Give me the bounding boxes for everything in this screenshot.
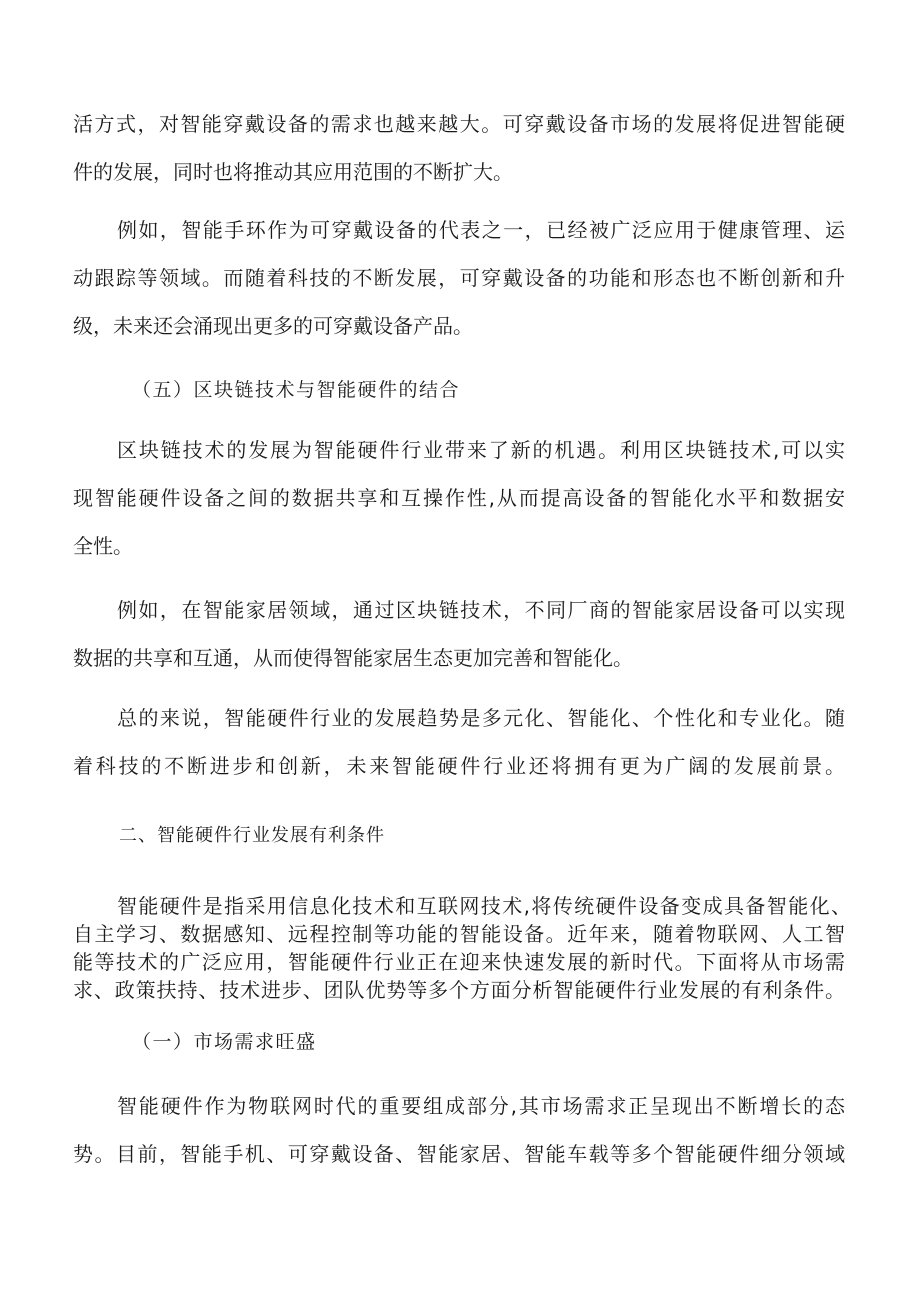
- paragraph-line: 着科技的不断进步和创新，未来智能硬件行业还将拥有更为广阔的发展前景。: [73, 754, 845, 778]
- paragraph-line: 势。目前，智能手机、可穿戴设备、智能家居、智能车载等多个智能硬件细分领域: [73, 1142, 845, 1166]
- paragraph-line: 现智能硬件设备之间的数据共享和互操作性,从而提高设备的智能化水平和数据安: [73, 486, 845, 510]
- paragraph-line: 智能硬件作为物联网时代的重要组成部分,其市场需求正呈现出不断增长的态: [117, 1094, 845, 1118]
- paragraph-line: 智能硬件是指采用信息化技术和互联网技术,将传统硬件设备变成具备智能化、: [117, 894, 851, 918]
- paragraph-line: 动跟踪等领域。而随着科技的不断发展，可穿戴设备的功能和形态也不断创新和升: [73, 266, 845, 290]
- chapter-heading: 二、智能硬件行业发展有利条件: [119, 824, 385, 848]
- paragraph-line: 自主学习、数据感知、远程控制等功能的智能设备。近年来，随着物联网、人工智: [73, 922, 845, 946]
- section-heading: （一）市场需求旺盛: [132, 1030, 317, 1054]
- paragraph-line: 级，未来还会涌现出更多的可穿戴设备产品。: [73, 314, 845, 338]
- paragraph-line: 全性。: [73, 534, 845, 558]
- paragraph-line: 活方式，对智能穿戴设备的需求也越来越大。可穿戴设备市场的发展将促进智能硬: [73, 112, 845, 136]
- paragraph-line: 求、政策扶持、技术进步、团队优势等多个方面分析智能硬件行业发展的有利条件。: [73, 978, 845, 1002]
- paragraph-line: 例如，在智能家居领域，通过区块链技术，不同厂商的智能家居设备可以实现: [117, 598, 845, 622]
- paragraph-line: 总的来说，智能硬件行业的发展趋势是多元化、智能化、个性化和专业化。随: [117, 706, 845, 730]
- paragraph-line: 区块链技术的发展为智能硬件行业带来了新的机遇。利用区块链技术,可以实: [117, 438, 845, 462]
- paragraph-line: 件的发展，同时也将推动其应用范围的不断扩大。: [73, 160, 845, 184]
- paragraph-line: 例如，智能手环作为可穿戴设备的代表之一，已经被广泛应用于健康管理、运: [117, 218, 845, 242]
- paragraph-line: 能等技术的广泛应用，智能硬件行业正在迎来快速发展的新时代。下面将从市场需: [73, 950, 845, 974]
- section-heading: （五）区块链技术与智能硬件的结合: [132, 378, 460, 402]
- document-page: 活方式，对智能穿戴设备的需求也越来越大。可穿戴设备市场的发展将促进智能硬 件的发…: [0, 0, 920, 1301]
- paragraph-line: 数据的共享和互通，从而使得智能家居生态更加完善和智能化。: [73, 646, 845, 670]
